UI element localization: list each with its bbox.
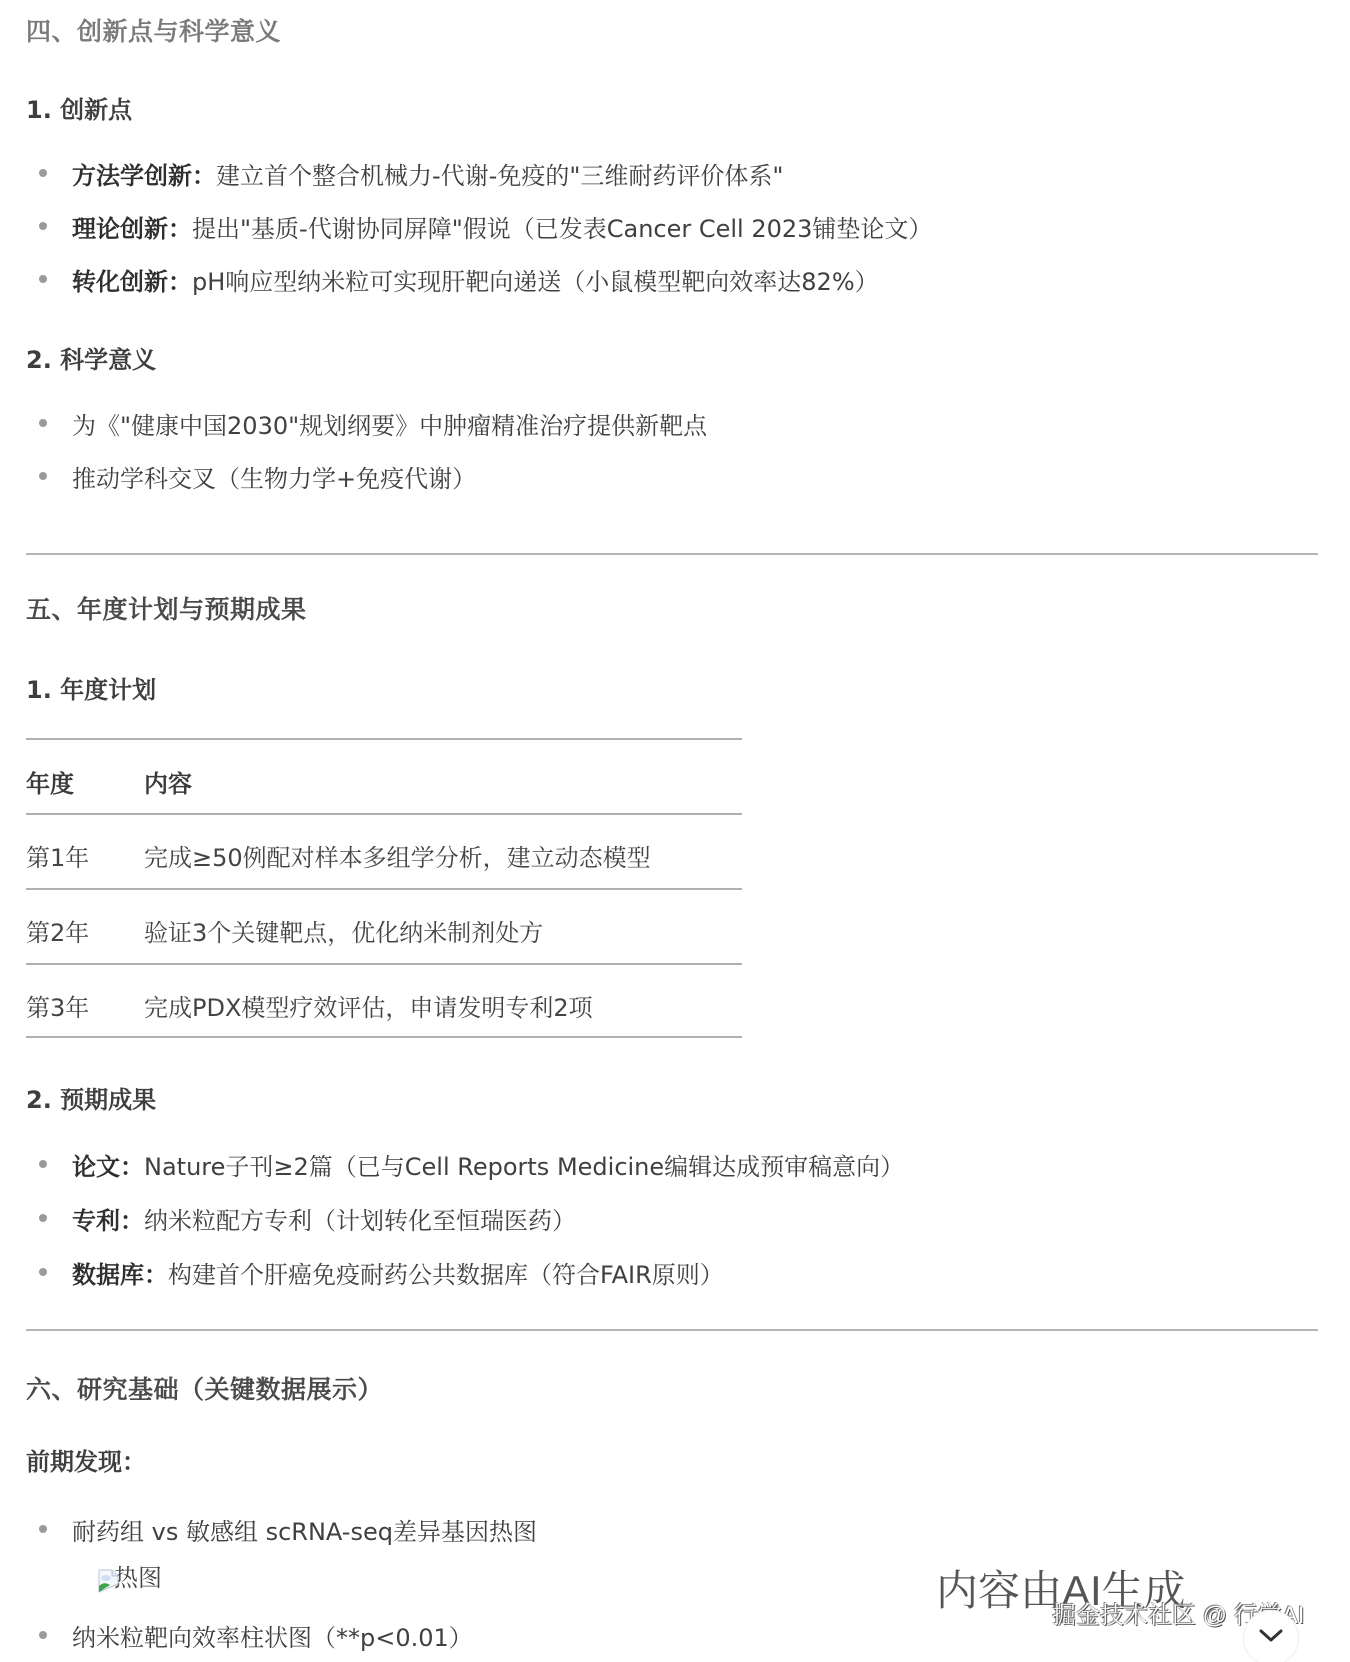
table-cell-content: 完成≥50例配对样本多组学分析，建立动态模型: [144, 838, 651, 873]
list-item: 方法学创新： 建立首个整合机械力-代谢-免疫的"三维耐药评价体系": [26, 156, 783, 190]
broken-image-icon: [98, 1569, 120, 1593]
divider: [26, 1329, 1318, 1331]
list-item: 推动学科交叉（生物力学+免疫代谢）: [26, 459, 476, 493]
subheading-annual-plan: 1. 年度计划: [26, 670, 156, 705]
divider: [26, 553, 1318, 555]
table-cell-content: 验证3个关键靶点，优化纳米制剂处方: [144, 913, 543, 948]
bullet-icon: [39, 275, 47, 283]
item-text: 纳米粒配方专利（计划转化至恒瑞医药）: [144, 1201, 576, 1236]
bullet-icon: [39, 472, 47, 480]
item-label: 专利：: [72, 1201, 144, 1236]
item-label: 方法学创新：: [72, 156, 216, 191]
bullet-icon: [39, 419, 47, 427]
item-text: 耐药组 vs 敏感组 scRNA-seq差异基因热图: [72, 1512, 537, 1547]
subheading-expected-outcomes: 2. 预期成果: [26, 1080, 156, 1115]
item-text: Nature子刊≥2篇（已与Cell Reports Medicine编辑达成预…: [144, 1147, 904, 1182]
item-text: 推动学科交叉（生物力学+免疫代谢）: [72, 459, 476, 494]
scroll-down-button[interactable]: [1243, 1610, 1299, 1662]
table-border: [26, 738, 742, 740]
section-heading-annual-plan: 五、年度计划与预期成果: [26, 590, 307, 626]
heatmap-image-placeholder: 热图: [98, 1558, 162, 1593]
bullet-icon: [39, 1268, 47, 1276]
section-heading-research-foundation: 六、研究基础（关键数据展示）: [26, 1370, 383, 1406]
subheading-innovation-points: 1. 创新点: [26, 90, 132, 125]
item-text: 为《"健康中国2030"规划纲要》中肿瘤精准治疗提供新靶点: [72, 406, 707, 441]
list-item: 为《"健康中国2030"规划纲要》中肿瘤精准治疗提供新靶点: [26, 406, 707, 440]
findings-label: 前期发现：: [26, 1442, 146, 1477]
bullet-icon: [39, 169, 47, 177]
table-border: [26, 1036, 742, 1038]
table-border: [26, 888, 742, 890]
list-item: 数据库： 构建首个肝癌免疫耐药公共数据库（符合FAIR原则）: [26, 1255, 724, 1289]
table-cell-content: 完成PDX模型疗效评估，申请发明专利2项: [144, 988, 593, 1023]
list-item: 纳米粒靶向效率柱状图（**p<0.01）: [26, 1618, 473, 1652]
bullet-icon: [39, 1214, 47, 1222]
list-item: 耐药组 vs 敏感组 scRNA-seq差异基因热图: [26, 1512, 537, 1546]
table-border: [26, 963, 742, 965]
table-border: [26, 813, 742, 815]
table-cell-year: 第3年: [26, 988, 89, 1023]
list-item: 专利： 纳米粒配方专利（计划转化至恒瑞医药）: [26, 1201, 576, 1235]
item-text: pH响应型纳米粒可实现肝靶向递送（小鼠模型靶向效率达82%）: [192, 262, 879, 297]
table-cell-year: 第2年: [26, 913, 89, 948]
item-label: 论文：: [72, 1147, 144, 1182]
item-text: 纳米粒靶向效率柱状图（**p<0.01）: [72, 1618, 473, 1653]
table-header-content: 内容: [144, 764, 192, 799]
table-header-year: 年度: [26, 764, 74, 799]
item-label: 转化创新：: [72, 262, 192, 297]
image-alt-text: 热图: [114, 1558, 162, 1593]
bullet-icon: [39, 1160, 47, 1168]
item-label: 数据库：: [72, 1255, 168, 1290]
section-heading-innovation: 四、创新点与科学意义: [26, 12, 281, 48]
list-item: 理论创新： 提出"基质-代谢协同屏障"假说（已发表Cancer Cell 202…: [26, 209, 932, 243]
bullet-icon: [39, 222, 47, 230]
bullet-icon: [39, 1631, 47, 1639]
item-text: 提出"基质-代谢协同屏障"假说（已发表Cancer Cell 2023铺垫论文）: [192, 209, 932, 244]
list-item: 论文： Nature子刊≥2篇（已与Cell Reports Medicine编…: [26, 1147, 904, 1181]
item-label: 理论创新：: [72, 209, 192, 244]
item-text: 构建首个肝癌免疫耐药公共数据库（符合FAIR原则）: [168, 1255, 724, 1290]
chevron-down-icon: [1258, 1628, 1284, 1648]
list-item: 转化创新： pH响应型纳米粒可实现肝靶向递送（小鼠模型靶向效率达82%）: [26, 262, 879, 296]
subheading-scientific-significance: 2. 科学意义: [26, 340, 156, 375]
item-text: 建立首个整合机械力-代谢-免疫的"三维耐药评价体系": [216, 156, 783, 191]
table-cell-year: 第1年: [26, 838, 89, 873]
bullet-icon: [39, 1525, 47, 1533]
